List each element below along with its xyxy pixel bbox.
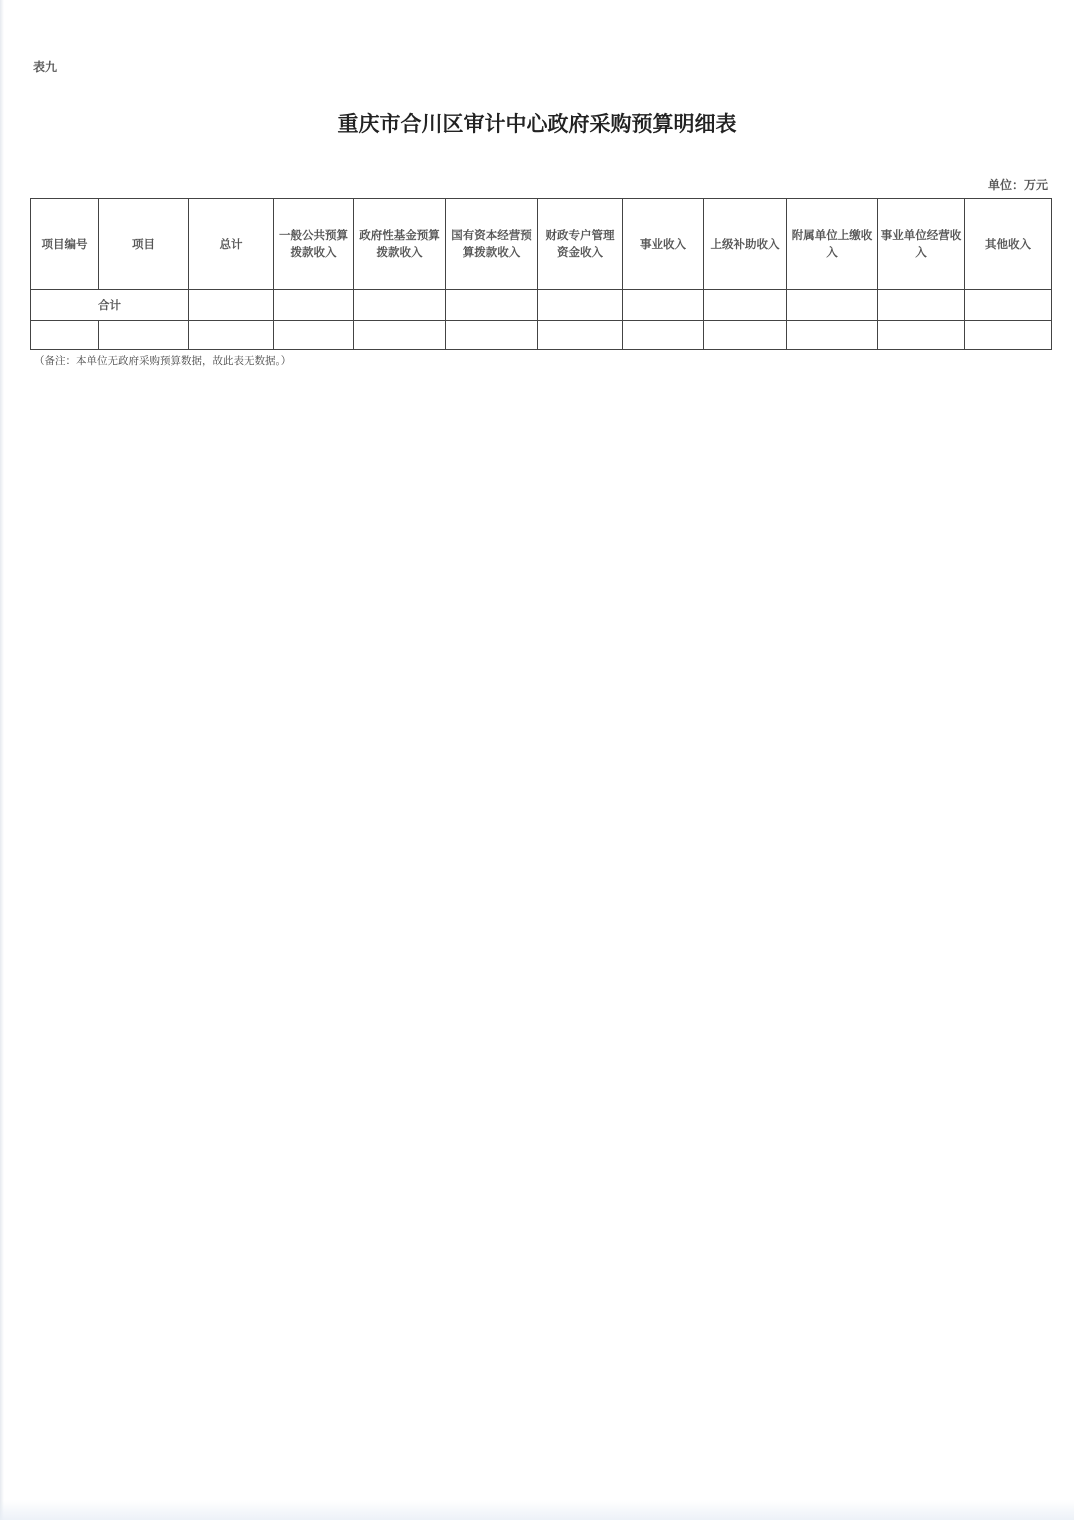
table-cell [354,321,446,350]
table-cell [787,321,878,350]
page-title: 重庆市合川区审计中心政府采购预算明细表 [0,108,1074,138]
header-total: 总计 [189,199,274,290]
table-cell [623,321,704,350]
table-total-row: 合计 [31,290,1052,321]
header-institution-operating-income: 事业单位经营收入 [878,199,965,290]
table-cell [965,290,1052,321]
header-business-income: 事业收入 [623,199,704,290]
header-affiliated-unit-turnover: 附属单位上缴收入 [787,199,878,290]
scan-left-edge [0,0,4,1520]
table-cell [354,290,446,321]
scan-bottom-shade [0,1500,1074,1520]
header-other-income: 其他收入 [965,199,1052,290]
table-cell [538,290,623,321]
table-cell [787,290,878,321]
header-project: 项目 [99,199,189,290]
table-cell [446,290,538,321]
table-cell [965,321,1052,350]
table-cell [878,290,965,321]
table-cell [704,290,787,321]
table-row [31,321,1052,350]
header-general-public-budget: 一般公共预算拨款收入 [274,199,354,290]
table-number: 表九 [33,58,57,75]
unit-label: 单位：万元 [988,176,1048,193]
table-cell [274,321,354,350]
table-cell [446,321,538,350]
table-cell [189,321,274,350]
table-note: （备注：本单位无政府采购预算数据，故此表无数据。） [34,353,291,368]
table-cell [31,321,99,350]
header-fiscal-special-account: 财政专户管理资金收入 [538,199,623,290]
table-cell [274,290,354,321]
table-cell [623,290,704,321]
table-cell [538,321,623,350]
table-cell [878,321,965,350]
header-superior-subsidy: 上级补助收入 [704,199,787,290]
total-label: 合计 [31,290,189,321]
table-cell [99,321,189,350]
header-project-code: 项目编号 [31,199,99,290]
table-header-row: 项目编号 项目 总计 一般公共预算拨款收入 政府性基金预算拨款收入 国有资本经营… [31,199,1052,290]
procurement-budget-table: 项目编号 项目 总计 一般公共预算拨款收入 政府性基金预算拨款收入 国有资本经营… [30,198,1052,350]
header-state-capital-budget: 国有资本经营预算拨款收入 [446,199,538,290]
table-cell [189,290,274,321]
header-government-fund-budget: 政府性基金预算拨款收入 [354,199,446,290]
table-cell [704,321,787,350]
